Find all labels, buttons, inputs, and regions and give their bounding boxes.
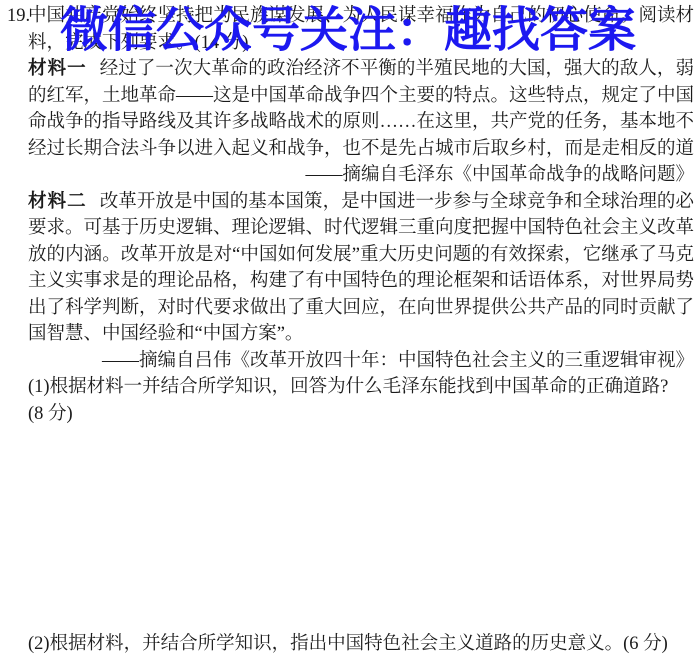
exam-page: 19. 中国共产党始终坚持把为民族谋发展、为人民谋幸福作为自己的初心使命。阅读材… — [0, 0, 700, 662]
material1-line: 的红军，土地革命——这是中国革命战争四个主要的特点。这些特点，规定了中国革 — [28, 83, 694, 110]
material1-text-start: 经过了一次大革命的政治经济不平衡的半殖民地的大国，强大的敌人，弱小 — [28, 59, 694, 83]
question-number: 19. — [7, 3, 30, 30]
question-19-block: 19. 中国共产党始终坚持把为民族谋发展、为人民谋幸福作为自己的初心使命。阅读材… — [7, 3, 694, 427]
watermark-text: 微信公众号关注：趣找答案 — [60, 5, 636, 57]
material2-line: 要求。可基于历史逻辑、理论逻辑、时代逻辑三重向度把握中国特色社会主义改革开 — [28, 215, 694, 242]
subquestion-2-line: (2)根据材料，并结合所学知识，指出中国特色社会主义道路的历史意义。(6 分) — [28, 631, 668, 658]
material1-first-line: 材料一经过了一次大革命的政治经济不平衡的半殖民地的大国，强大的敌人，弱小 — [28, 56, 694, 83]
subquestion-1-line-1: (1)根据材料一并结合所学知识，回答为什么毛泽东能找到中国革命的正确道路? — [28, 374, 694, 401]
material2-line: 出了科学判断，对时代要求做出了重大回应，在向世界提供公共产品的同时贡献了中 — [28, 295, 694, 322]
material1-line: 命战争的指导路线及其许多战略战术的原则……在这里，共产党的任务，基本地不是 — [28, 109, 694, 136]
material2-attribution: ——摘编自吕伟《改革开放四十年：中国特色社会主义的三重逻辑审视》 — [28, 348, 694, 375]
material2-label: 材料二 — [28, 192, 87, 212]
subquestion-1-line-2: (8 分) — [28, 401, 694, 428]
material2-line-last: 国智慧、中国经验和“中国方案”。 — [28, 321, 694, 348]
material2-line: 放的内涵。改革开放是对“中国如何发展”重大历史问题的有效探索，它继承了马克思 — [28, 242, 694, 269]
material1-label: 材料一 — [28, 59, 87, 79]
material1-line: 经过长期合法斗争以进入起义和战争，也不是先占城市后取乡村，而是走相反的道路。 — [28, 136, 694, 163]
question-19: 19. 中国共产党始终坚持把为民族谋发展、为人民谋幸福作为自己的初心使命。阅读材… — [7, 3, 694, 427]
material2-first-line: 材料二改革开放是中国的基本国策，是中国进一步参与全球竞争和全球治理的必然 — [28, 189, 694, 216]
material2-line: 主义实事求是的理论品格，构建了有中国特色的理论框架和话语体系，对世界局势做 — [28, 268, 694, 295]
material2-text-start: 改革开放是中国的基本国策，是中国进一步参与全球竞争和全球治理的必然 — [28, 192, 694, 216]
material1-attribution: ——摘编自毛泽东《中国革命战争的战略问题》 — [28, 162, 694, 189]
